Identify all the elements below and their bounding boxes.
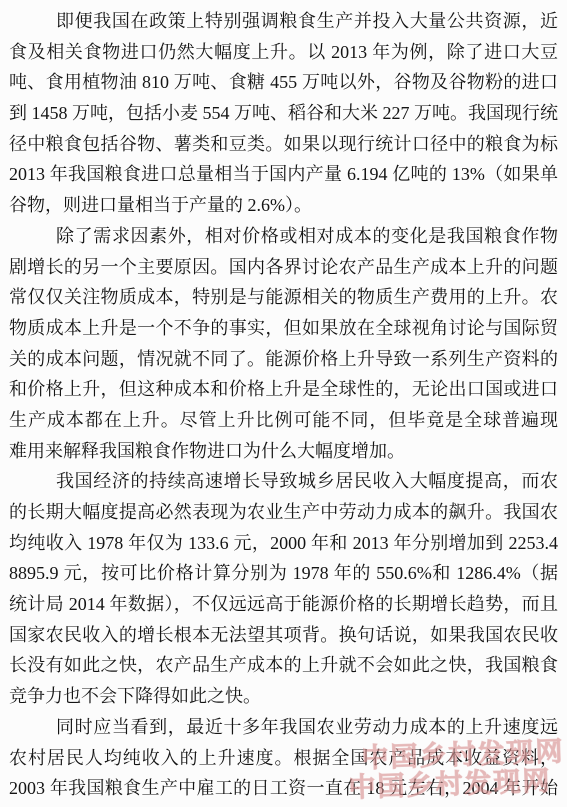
- paragraph-2: 除了需求因素外，相对价格或相对成本的变化是我国粮食作物进口急 剧增长的另一个主要…: [9, 221, 558, 467]
- text-line: 即便我国在政策上特别强调粮食生产并投入大量公共资源，近年来粮: [9, 6, 558, 37]
- text-line: 物质成本上升是一个不争的事实，但如果放在全球视角讨论与国际贸易相: [9, 313, 558, 344]
- text-line: 食及相关食物进口仍然大幅度上升。以 2013 年为例，除了进口大豆 6338 万: [9, 37, 558, 68]
- text-line: 的长期大幅度提高必然表现为农业生产中劳动力成本的飙升。我国农民人: [9, 497, 558, 528]
- text-line: 和价格上升，但这种成本和价格上升是全球性的，无论出口国或进口国，: [9, 374, 558, 405]
- text-line: 竞争力也不会下降得如此之快。: [9, 681, 558, 712]
- text-line: 常仅仅关注物质成本，特别是与能源相关的物质生产费用的上升。农产品: [9, 282, 558, 313]
- paragraph-4: 同时应当看到，最近十多年我国农业劳动力成本的上升速度远远超过 农村居民人均纯收入…: [9, 712, 558, 804]
- text-line: 剧增长的另一个主要原因。国内各界讨论农产品生产成本上升的问题时通: [9, 252, 558, 283]
- text-line: 我国经济的持续高速增长导致城乡居民收入大幅度提高，而农民收入: [9, 466, 558, 497]
- text-line: 8895.9 元，按可比价格计算分别为 1978 年的 550.6%和 1286…: [9, 558, 558, 589]
- text-line: 除了需求因素外，相对价格或相对成本的变化是我国粮食作物进口急: [9, 221, 558, 252]
- text-line: 吨、食用植物油 810 万吨、食糖 455 万吨以外，谷物及谷物粉的进口量也达: [9, 67, 558, 98]
- paragraph-1: 即便我国在政策上特别强调粮食生产并投入大量公共资源，近年来粮 食及相关食物进口仍…: [9, 6, 558, 221]
- text-line: 2003 年我国粮食生产中雇工的日工资一直在 18 元左右，2004 年开始进入…: [9, 773, 558, 804]
- text-line: 生产成本都在上升。尽管上升比例可能不同，但毕竟是全球普遍现象，很: [9, 405, 558, 436]
- text-line: 农村居民人均纯收入的上升速度。根据全国农产品成本收益资料，1998—: [9, 743, 558, 774]
- text-line: 到 1458 万吨，包括小麦 554 万吨、稻谷和大米 227 万吨。我国现行统…: [9, 98, 558, 129]
- document-page: 即便我国在政策上特别强调粮食生产并投入大量公共资源，近年来粮 食及相关食物进口仍…: [0, 0, 567, 807]
- text-line: 难用来解释我国粮食作物进口为什么大幅度增加。: [9, 436, 558, 467]
- text-line: 同时应当看到，最近十多年我国农业劳动力成本的上升速度远远超过: [9, 712, 558, 743]
- text-line: 均纯收入 1978 年仅为 133.6 元，2000 年和 2013 年分别增加…: [9, 528, 558, 559]
- text-line: 关的成本问题，情况就不同了。能源价格上升导致一系列生产资料的成本: [9, 344, 558, 375]
- text-line: 长没有如此之快，农产品生产成本的上升就不会如此之快，我国粮食国际: [9, 650, 558, 681]
- text-line: 统计局 2014 年数据），不仅远远高于能源价格的长期增长趋势，而且其他: [9, 589, 558, 620]
- text-line: 谷物，则进口量相当于产量的 2.6%）。: [9, 190, 558, 221]
- paragraph-3: 我国经济的持续高速增长导致城乡居民收入大幅度提高，而农民收入 的长期大幅度提高必…: [9, 466, 558, 712]
- text-line: 2013 年我国粮食进口总量相当于国内产量 6.194 亿吨的 13%（如果单计…: [9, 159, 558, 190]
- text-line: 国家农民收入的增长根本无法望其项背。换句话说，如果我国农民收入增: [9, 620, 558, 651]
- text-line: 径中粮食包括谷物、薯类和豆类。如果以现行统计口径中的粮食为标准，: [9, 129, 558, 160]
